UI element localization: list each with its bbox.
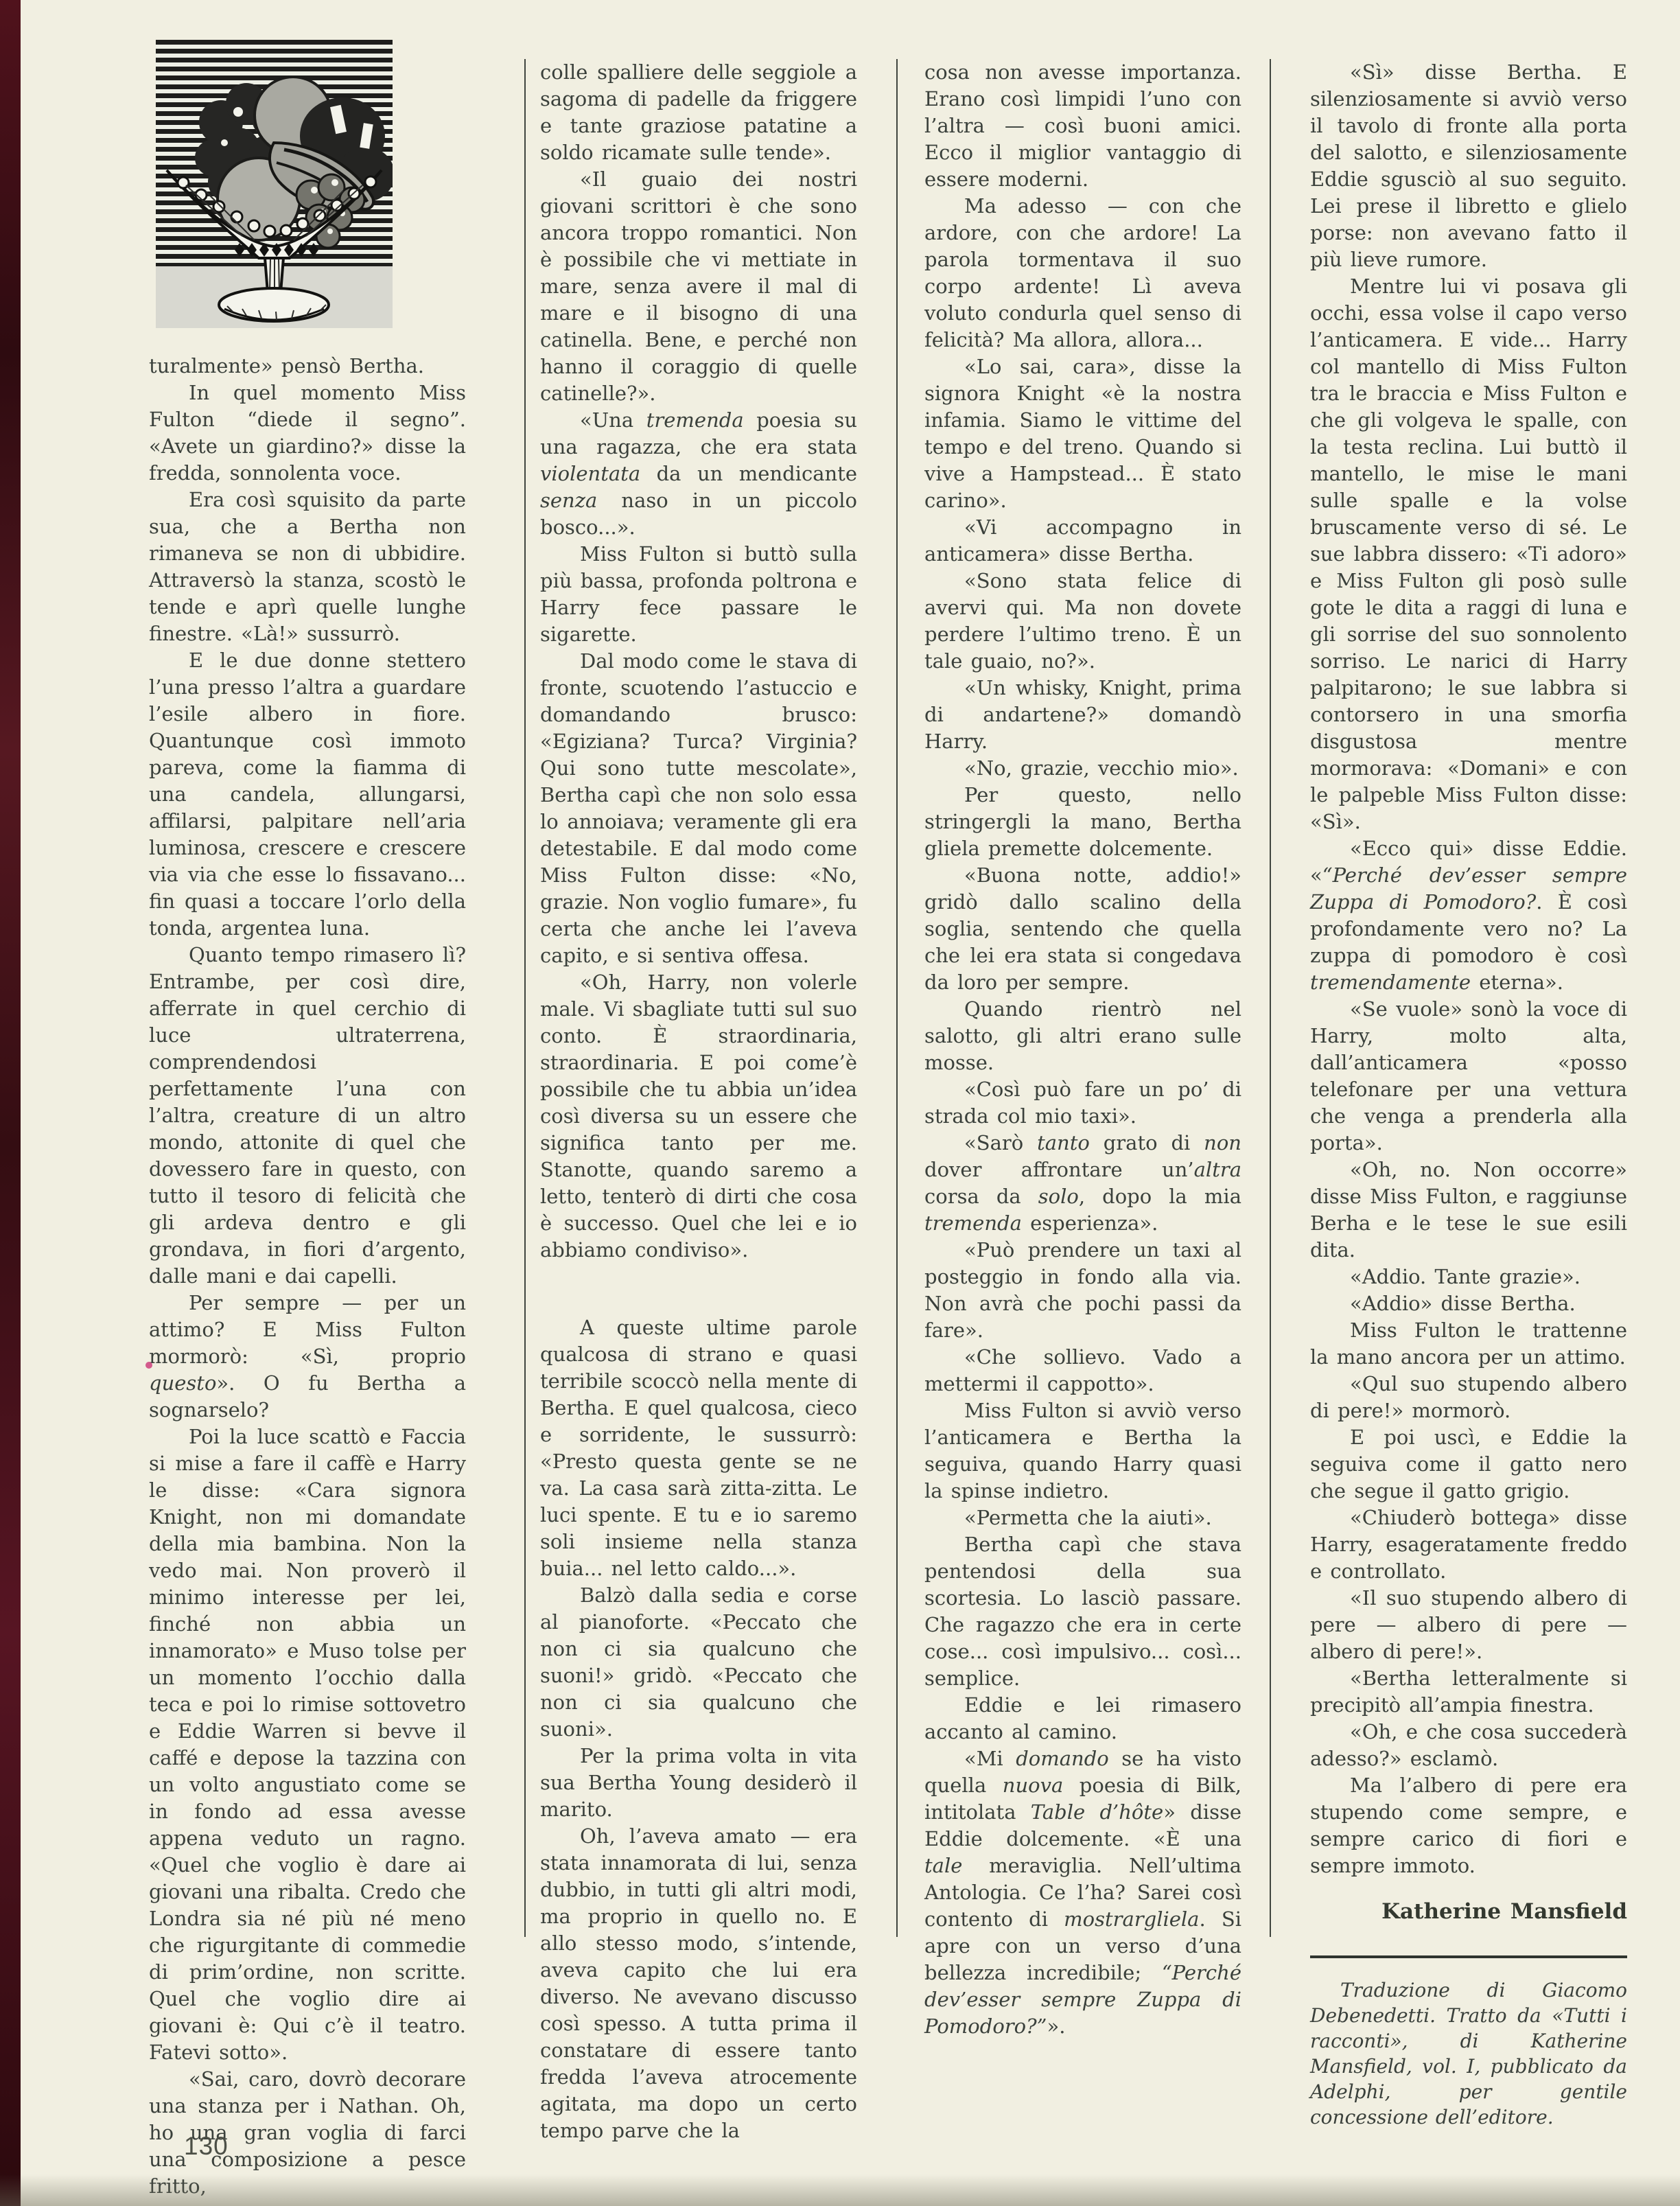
paragraph: «Addio» disse Bertha. xyxy=(1310,1290,1627,1317)
paragraph: Miss Fulton le trattenne la mano ancora … xyxy=(1310,1317,1627,1371)
paragraph: «Chiuderò bottega» disse Harry, esagerat… xyxy=(1310,1505,1627,1585)
paragraph: Per la prima volta in vita sua Bertha Yo… xyxy=(540,1743,857,1823)
paragraph: «Oh, Harry, non volerle male. Vi sbaglia… xyxy=(540,969,857,1264)
paragraph: «Sì» disse Bertha. E silenziosamente si … xyxy=(1310,59,1627,273)
text-column-4: «Sì» disse Bertha. E silenziosamente si … xyxy=(1310,59,1627,2130)
paragraph: «Una tremenda poesia su una ragazza, che… xyxy=(540,407,857,541)
scan-edge-bottom xyxy=(0,2174,1680,2206)
paragraph: A queste ultime parole qualcosa di stran… xyxy=(540,1314,857,1582)
fruit-bowl-illustration xyxy=(156,40,393,328)
paragraph: Poi la luce scattò e Faccia si mise a fa… xyxy=(149,1424,466,2066)
paragraph: Quanto tempo rimasero lì? Entrambe, per … xyxy=(149,942,466,1290)
paragraph: Ma l’albero di pere era stupendo come se… xyxy=(1310,1772,1627,1879)
text-column-1: turalmente» pensò Bertha.In quel momento… xyxy=(149,40,466,2200)
paragraph: E poi uscì, e Eddie la seguiva come il g… xyxy=(1310,1424,1627,1505)
text-column-3: cosa non avesse importanza. Erano così l… xyxy=(924,59,1241,2040)
paragraph: «Sono stata felice di avervi qui. Ma non… xyxy=(924,568,1241,675)
text-column-2: colle spalliere delle seggiole a sagoma … xyxy=(540,59,857,2144)
translation-credit: Traduzione di Giacomo Debenedetti. Tratt… xyxy=(1310,1977,1627,2130)
paragraph: Quando rientrò nel salotto, gli altri er… xyxy=(924,996,1241,1076)
paragraph: «Sarò tanto grato di non dover affrontar… xyxy=(924,1130,1241,1237)
paragraph: «Un whisky, Knight, prima di andartene?»… xyxy=(924,675,1241,755)
paragraph: «Ecco qui» disse Eddie. «“Perché dev’ess… xyxy=(1310,835,1627,996)
paragraph: Per questo, nello stringergli la mano, B… xyxy=(924,782,1241,862)
page-number: 130 xyxy=(184,2132,229,2161)
column-rule-3 xyxy=(1270,59,1271,1937)
paragraph: «Oh, e che cosa succederà adesso?» escla… xyxy=(1310,1719,1627,1772)
credit-divider xyxy=(1310,1955,1627,1958)
paragraph: E le due donne stettero l’una presso l’a… xyxy=(149,647,466,942)
fruit-bowl-engraving-svg xyxy=(156,40,393,328)
paragraph: Miss Fulton si avviò verso l’anticamera … xyxy=(924,1397,1241,1505)
paragraph: colle spalliere delle seggiole a sagoma … xyxy=(540,59,857,166)
paragraph: «Qul suo stupendo albero di pere!» mormo… xyxy=(1310,1371,1627,1424)
paragraph: «Se vuole» sonò la voce di Harry, molto … xyxy=(1310,996,1627,1157)
paragraph: cosa non avesse importanza. Erano così l… xyxy=(924,59,1241,193)
paragraph: «Oh, no. Non occorre» disse Miss Fulton,… xyxy=(1310,1157,1627,1264)
paragraph: «Buona notte, addio!» gridò dallo scalin… xyxy=(924,862,1241,996)
paragraph: Oh, l’aveva amato — era stata innamorata… xyxy=(540,1823,857,2144)
paragraph: Eddie e lei rimasero accanto al camino. xyxy=(924,1692,1241,1745)
column-1-text: turalmente» pensò Bertha.In quel momento… xyxy=(149,353,466,2200)
paragraph: «Vi accompagno in anticamera» disse Bert… xyxy=(924,514,1241,568)
scan-edge-left xyxy=(0,0,21,2206)
paragraph: Miss Fulton si buttò sulla più bassa, pr… xyxy=(540,541,857,648)
paragraph: «Addio. Tante grazie». xyxy=(1310,1264,1627,1290)
paragraph: turalmente» pensò Bertha. xyxy=(149,353,466,380)
paragraph: «Lo sai, cara», disse la signora Knight … xyxy=(924,353,1241,514)
paragraph: Era così squisito da parte sua, che a Be… xyxy=(149,487,466,647)
column-3-text: cosa non avesse importanza. Erano così l… xyxy=(924,59,1241,2040)
paragraph: «Che sollievo. Vado a mettermi il cappot… xyxy=(924,1344,1241,1397)
column-rule-2 xyxy=(896,59,898,1937)
paragraph: «Può prendere un taxi al posteggio in fo… xyxy=(924,1237,1241,1344)
author-signature: Katherine Mansfield xyxy=(1310,1899,1627,1925)
print-artifact-dot xyxy=(145,1362,152,1369)
column-4-text: «Sì» disse Bertha. E silenziosamente si … xyxy=(1310,59,1627,1879)
column-2-text: colle spalliere delle seggiole a sagoma … xyxy=(540,59,857,2144)
paragraph: Dal modo come le stava di fronte, scuote… xyxy=(540,648,857,969)
paragraph: Ma adesso — con che ardore, con che ardo… xyxy=(924,193,1241,353)
paragraph: Mentre lui vi posava gli occhi, essa vol… xyxy=(1310,273,1627,835)
paragraph: In quel momento Miss Fulton “diede il se… xyxy=(149,380,466,487)
column-rule-1 xyxy=(524,59,526,1937)
paragraph: Per sempre — per un attimo? E Miss Fulto… xyxy=(149,1290,466,1424)
paragraph: Balzò dalla sedia e corse al pianoforte.… xyxy=(540,1582,857,1743)
paragraph: «No, grazie, vecchio mio». xyxy=(924,755,1241,782)
paragraph: «Il suo stupendo albero di pere — albero… xyxy=(1310,1585,1627,1665)
paragraph: «Bertha letteralmente si precipitò all’a… xyxy=(1310,1665,1627,1719)
paragraph: «Permetta che la aiuti». xyxy=(924,1505,1241,1531)
paragraph: «Così può fare un po’ di strada col mio … xyxy=(924,1076,1241,1130)
paragraph: «Il guaio dei nostri giovani scrittori è… xyxy=(540,166,857,407)
paragraph: Bertha capì che stava pentendosi della s… xyxy=(924,1531,1241,1692)
paragraph: «Mi domando se ha visto quella nuova poe… xyxy=(924,1745,1241,2040)
